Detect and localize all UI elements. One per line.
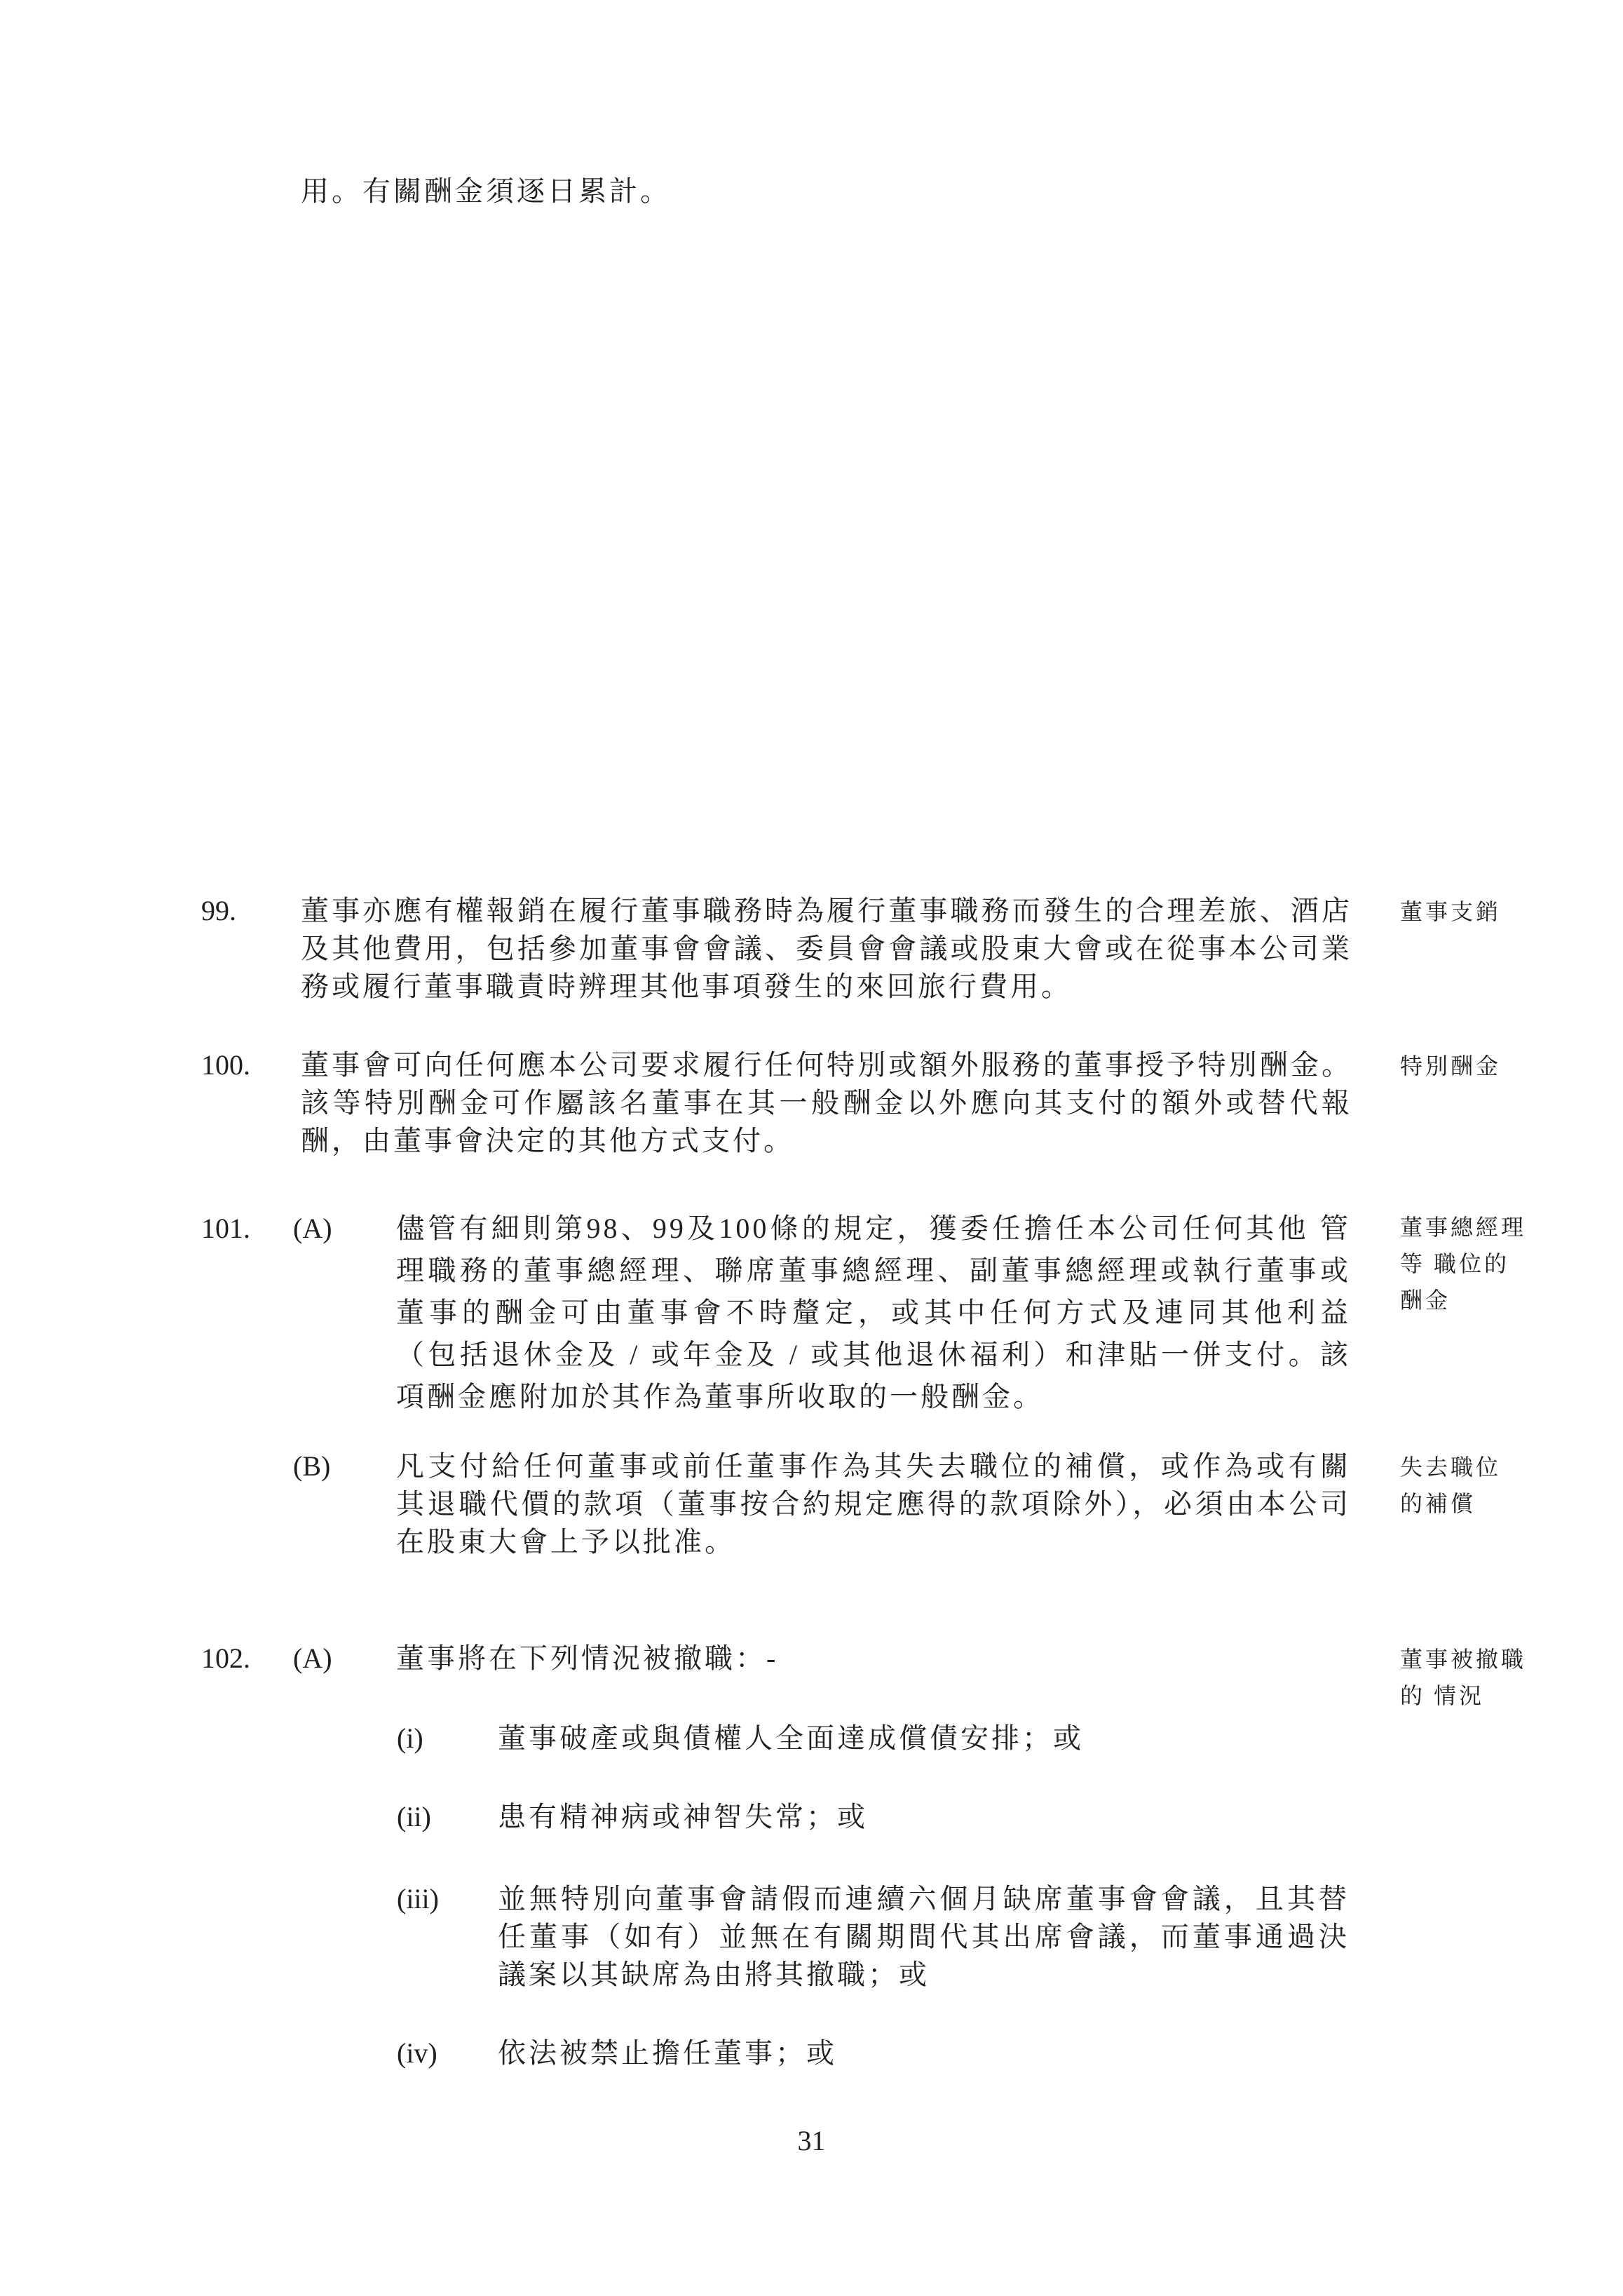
article-102-item-ii-label: (ii) — [397, 1798, 431, 1836]
margin-note-directors-expenses: 董事支銷 — [1400, 893, 1579, 930]
article-101-clause-b-label: (B) — [293, 1447, 330, 1485]
article-101-clause-a-text: 儘管有細則第98、99及100條的規定，獲委任擔任本公司任何其他 管理職務的董事… — [396, 1208, 1351, 1418]
article-100-text: 董事會可向任何應本公司要求履行任何特別或額外服務的董事授予特別酬金。該等特別酬金… — [301, 1046, 1352, 1160]
article-101-clause-a-label: (A) — [293, 1208, 332, 1250]
article-99-number: 99. — [201, 892, 236, 930]
article-100-number: 100. — [201, 1046, 250, 1084]
article-102-item-iv-label: (iv) — [397, 2034, 437, 2072]
article-102-item-i-label: (i) — [397, 1720, 423, 1757]
article-102-item-iii-label: (iii) — [397, 1880, 439, 1918]
margin-note-special-remuneration: 特別酬金 — [1400, 1048, 1579, 1084]
margin-note-managing-director-remuneration: 董事總經理 等 職位的 酬金 — [1400, 1209, 1579, 1318]
article-102-item-iv-text: 依法被禁止擔任董事；或 — [498, 2034, 1350, 2072]
article-102-clause-a-text: 董事將在下列情況被撤職：- — [396, 1640, 1351, 1677]
article-102-item-i-text: 董事破產或與債權人全面達成償債安排；或 — [498, 1720, 1350, 1757]
page-number: 31 — [0, 2122, 1623, 2160]
article-101-clause-b-text: 凡支付給任何董事或前任董事作為其失去職位的補償，或作為或有關其退職代價的款項（董… — [396, 1447, 1351, 1561]
article-102-item-iii-text: 並無特別向董事會請假而連續六個月缺席董事會會議，且其替任董事（如有）並無在有關期… — [498, 1880, 1350, 1994]
article-102-item-ii-text: 患有精神病或神智失常；或 — [498, 1798, 1350, 1836]
margin-note-loss-of-office-compensation: 失去職位 的補償 — [1400, 1449, 1579, 1522]
article-99-text: 董事亦應有權報銷在履行董事職務時為履行董事職務而發生的合理差旅、酒店及其他費用，… — [301, 892, 1352, 1006]
continuation-text: 用。有關酬金須逐日累計。 — [301, 173, 1352, 210]
margin-note-removal-of-directors: 董事被撤職 的 情況 — [1400, 1641, 1579, 1714]
article-101-number: 101. — [201, 1208, 250, 1250]
document-page: 用。有關酬金須逐日累計。 99. 董事亦應有權報銷在履行董事職務時為履行董事職務… — [0, 0, 1623, 2296]
article-102-clause-a-label: (A) — [293, 1640, 332, 1677]
article-102-number: 102. — [201, 1640, 250, 1677]
